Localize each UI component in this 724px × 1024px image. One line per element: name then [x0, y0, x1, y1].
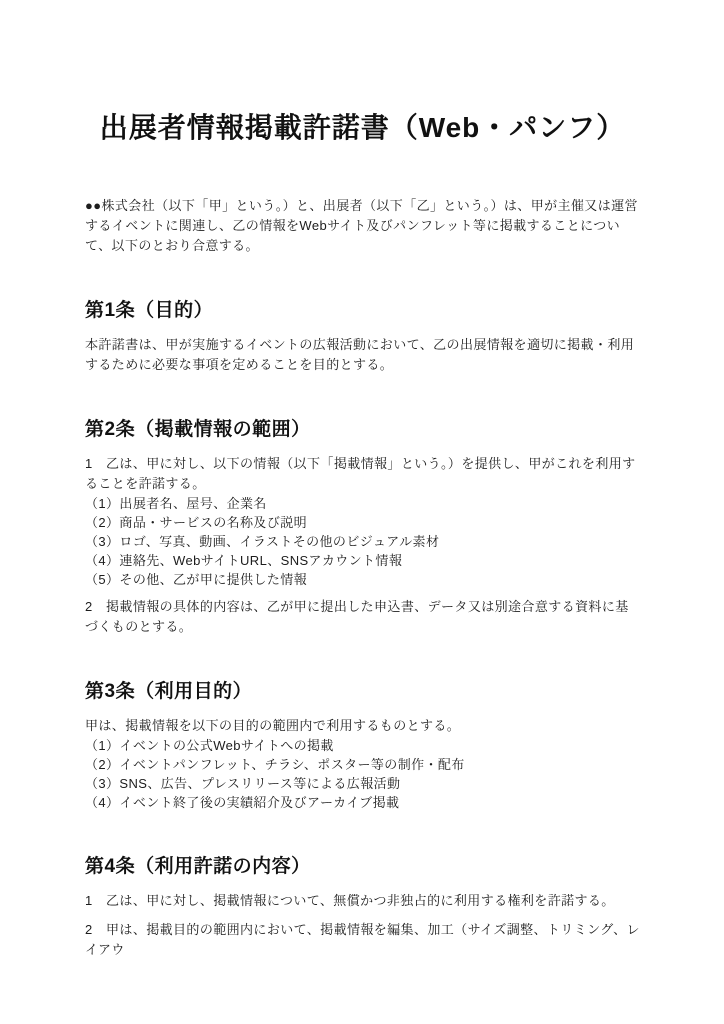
article-2-clause-1: 1 乙は、甲に対し、以下の情報（以下「掲載情報」という。）を提供し、甲がこれを利…	[85, 454, 640, 494]
list-item: （3）ロゴ、写真、動画、イラストその他のビジュアル素材	[85, 532, 640, 551]
article-1: 第1条（目的） 本許諾書は、甲が実施するイベントの広報活動において、乙の出展情報…	[85, 298, 640, 375]
list-item: （1）イベントの公式Webサイトへの掲載	[85, 736, 640, 755]
list-item: （1）出展者名、屋号、企業名	[85, 494, 640, 513]
document-title: 出展者情報掲載許諾書（Web・パンフ）	[85, 110, 640, 146]
article-2-clause-2: 2 掲載情報の具体的内容は、乙が甲に提出した申込書、データ又は別途合意する資料に…	[85, 597, 640, 637]
article-2: 第2条（掲載情報の範囲） 1 乙は、甲に対し、以下の情報（以下「掲載情報」という…	[85, 417, 640, 637]
article-4-clause-1: 1 乙は、甲に対し、掲載情報について、無償かつ非独占的に利用する権利を許諾する。	[85, 891, 640, 911]
article-3-item-list: （1）イベントの公式Webサイトへの掲載 （2）イベントパンフレット、チラシ、ポ…	[85, 736, 640, 812]
list-item: （2）商品・サービスの名称及び説明	[85, 513, 640, 532]
article-3: 第3条（利用目的） 甲は、掲載情報を以下の目的の範囲内で利用するものとする。 （…	[85, 679, 640, 812]
article-1-body: 本許諾書は、甲が実施するイベントの広報活動において、乙の出展情報を適切に掲載・利…	[85, 335, 640, 375]
article-2-heading: 第2条（掲載情報の範囲）	[85, 417, 640, 442]
list-item: （2）イベントパンフレット、チラシ、ポスター等の制作・配布	[85, 755, 640, 774]
article-3-lead: 甲は、掲載情報を以下の目的の範囲内で利用するものとする。	[85, 716, 640, 736]
document-page: 出展者情報掲載許諾書（Web・パンフ） ●●株式会社（以下「甲」という。）と、出…	[0, 0, 724, 1024]
article-3-heading: 第3条（利用目的）	[85, 679, 640, 704]
intro-paragraph: ●●株式会社（以下「甲」という。）と、出展者（以下「乙」という。）は、甲が主催又…	[85, 196, 640, 256]
article-4-heading: 第4条（利用許諾の内容）	[85, 854, 640, 879]
article-1-heading: 第1条（目的）	[85, 298, 640, 323]
article-4-clause-2: 2 甲は、掲載目的の範囲内において、掲載情報を編集、加工（サイズ調整、トリミング…	[85, 920, 640, 960]
list-item: （4）連絡先、WebサイトURL、SNSアカウント情報	[85, 551, 640, 570]
list-item: （4）イベント終了後の実績紹介及びアーカイブ掲載	[85, 793, 640, 812]
article-4: 第4条（利用許諾の内容） 1 乙は、甲に対し、掲載情報について、無償かつ非独占的…	[85, 854, 640, 960]
list-item: （3）SNS、広告、プレスリリース等による広報活動	[85, 774, 640, 793]
list-item: （5）その他、乙が甲に提供した情報	[85, 570, 640, 589]
article-2-item-list: （1）出展者名、屋号、企業名 （2）商品・サービスの名称及び説明 （3）ロゴ、写…	[85, 494, 640, 589]
